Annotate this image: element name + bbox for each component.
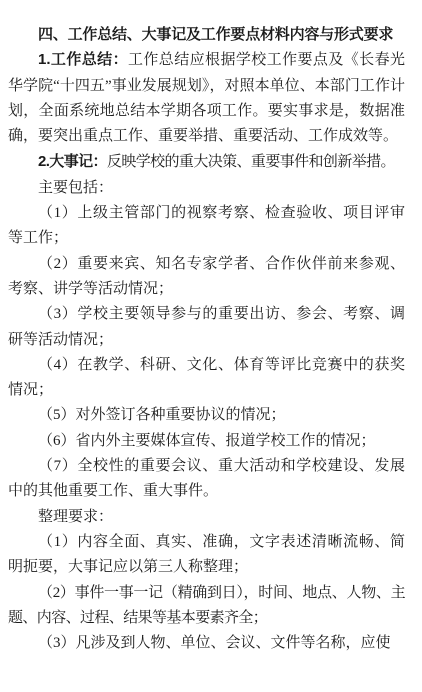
event-item-2: （2）重要来宾、知名专家学者、合作伙伴前来参观、考察、讲学等活动情况； [8,252,405,303]
requirement-item-2-text: （2）事件一事一记（精确到日），时间、地点、人物、主题、内容、过程、结果等基本要… [8,585,405,626]
event-item-4: （4）在教学、科研、文化、体育等评比竞赛中的获奖情况； [8,353,405,404]
para-major-events-text: 反映学校的重大决策、重要事件和创新举措。 [107,154,395,170]
requirement-item-1-text: （1）内容全面、真实、准确，文字表述清晰流畅、简明扼要，大事记应以第三人称整理； [8,534,405,575]
document-page: 四、工作总结、大事记及工作要点材料内容与形式要求 1.工作总结：工作总结应根据学… [0,0,422,692]
para-organize-requirements: 整理要求： [8,505,405,530]
event-item-6-text: （6）省内外主要媒体宣传、报道学校工作的情况； [38,433,376,449]
para-work-summary: 1.工作总结：工作总结应根据学校工作要点及《长春光华学院“十四五”事业发展规划》… [8,47,405,149]
requirement-item-2: （2）事件一事一记（精确到日），时间、地点、人物、主题、内容、过程、结果等基本要… [8,581,405,632]
para-major-events-lead: 2.大事记： [38,153,107,170]
event-item-1-text: （1）上级主管部门的视察考察、检查验收、项目评审等工作； [8,205,405,246]
event-item-5-text: （5）对外签订各种重要协议的情况； [38,407,286,423]
para-organize-requirements-text: 整理要求： [38,509,113,525]
para-mainly-includes-text: 主要包括： [38,180,113,196]
para-work-summary-lead: 1.工作总结： [38,51,128,68]
document-title: 四、工作总结、大事记及工作要点材料内容与形式要求 [8,22,405,47]
event-item-2-text: （2）重要来宾、知名专家学者、合作伙伴前来参观、考察、讲学等活动情况； [8,256,405,297]
requirement-item-3-text: （3）凡涉及到人物、单位、会议、文件等名称，应使 [38,635,391,651]
event-item-6: （6）省内外主要媒体宣传、报道学校工作的情况； [8,429,405,454]
requirement-item-1: （1）内容全面、真实、准确，文字表述清晰流畅、简明扼要，大事记应以第三人称整理； [8,530,405,581]
event-item-4-text: （4）在教学、科研、文化、体育等评比竞赛中的获奖情况； [8,357,405,398]
requirement-item-3: （3）凡涉及到人物、单位、会议、文件等名称，应使 [8,631,405,656]
para-mainly-includes: 主要包括： [8,176,405,201]
event-item-1: （1）上级主管部门的视察考察、检查验收、项目评审等工作； [8,201,405,252]
event-item-3-text: （3）学校主要领导参与的重要出访、参会、考察、调研等活动情况； [8,306,405,347]
event-item-5: （5）对外签订各种重要协议的情况； [8,403,405,428]
event-item-7: （7）全校性的重要会议、重大活动和学校建设、发展中的其他重要工作、重大事件。 [8,454,405,505]
event-item-7-text: （7）全校性的重要会议、重大活动和学校建设、发展中的其他重要工作、重大事件。 [8,458,405,499]
para-major-events: 2.大事记：反映学校的重大决策、重要事件和创新举措。 [8,149,405,175]
event-item-3: （3）学校主要领导参与的重要出访、参会、考察、调研等活动情况； [8,302,405,353]
